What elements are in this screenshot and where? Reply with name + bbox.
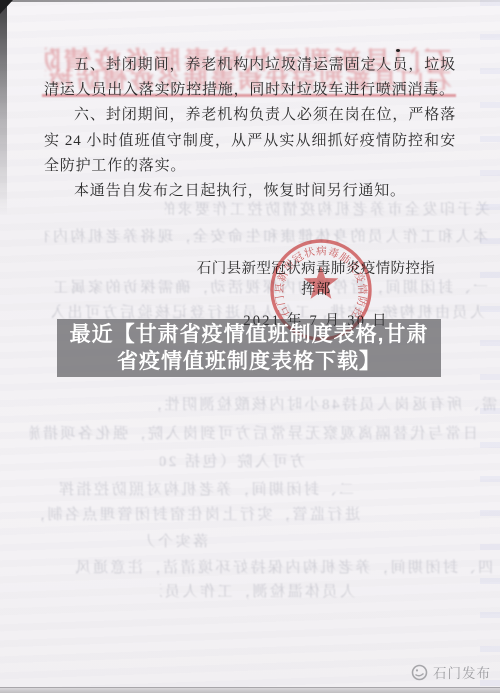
document-paragraph: 六、封闭期间，养老机构负责人必须在岗在位，严格落实 24 小时值班值守制度，从严… [44, 103, 456, 179]
notice-body-text: 五、封闭期间，养老机构内垃圾清运需固定人员，垃圾清运人员出入落实防控措施，同时对… [44, 53, 456, 204]
scan-edge-bottom [0, 687, 500, 693]
scan-streaks [480, 0, 500, 693]
bleedthrough-gray-line: 进行监管，实行上岗住宿封闭管理点名制，来访人员出入严格 [30, 503, 360, 522]
bleedthrough-gray-line: 人员体温检测，工作人员进行定期核酸检测。 [160, 580, 355, 599]
bleedthrough-gray-line: 需、所有返岗人员持48小时内核酸检测阴性，provide 严查验健康码 [155, 393, 497, 412]
document-paragraph: 五、封闭期间，养老机构内垃圾清运需固定人员，垃圾清运人员出入落实防控措施，同时对… [44, 53, 456, 103]
caption-title-line2: 省疫情值班制度表格下载】 [57, 348, 441, 375]
scanned-notice-photo: 石门县新型冠状病毒肺炎疫情防控指挥部石门县新型冠状病毒肺炎疫情防控指挥部通告 关… [0, 0, 500, 693]
document-paragraph: 本通告自发布之日起执行，恢复时间另行通知。 [44, 179, 456, 204]
ink-speck [396, 49, 400, 52]
publisher-watermark: 石门发布 [411, 662, 491, 682]
caption-title-line1: 最近【甘肃省疫情值班制度表格,甘肃 [57, 321, 441, 348]
bleedthrough-gray-line: 日常与代替隔离观察无异常后方可到岗入院，强化各项措施的 [30, 422, 478, 441]
publisher-watermark-label: 石门发布 [433, 662, 491, 682]
publisher-logo-icon [411, 664, 428, 681]
bleedthrough-gray-line: 落实个人防护要求。 [148, 530, 208, 549]
bleedthrough-gray-line: 四、封闭期间，养老机构内保持好环境清洁，注意通风和消毒 [75, 556, 493, 575]
bleedthrough-gray-line: 方可入院（包括 2021 年 7 月 30 日前 [160, 450, 305, 469]
scan-edge-left [0, 0, 7, 215]
caption-overlay-bar: 最近【甘肃省疫情值班制度表格,甘肃 省疫情值班制度表格下载】 [57, 319, 441, 377]
scan-edge-top [0, 0, 500, 2]
seal-star-icon [304, 266, 339, 299]
bleedthrough-gray-line: 二、封闭期间，养老机构对照防控指挥部要求统一安排工作 [58, 478, 354, 497]
